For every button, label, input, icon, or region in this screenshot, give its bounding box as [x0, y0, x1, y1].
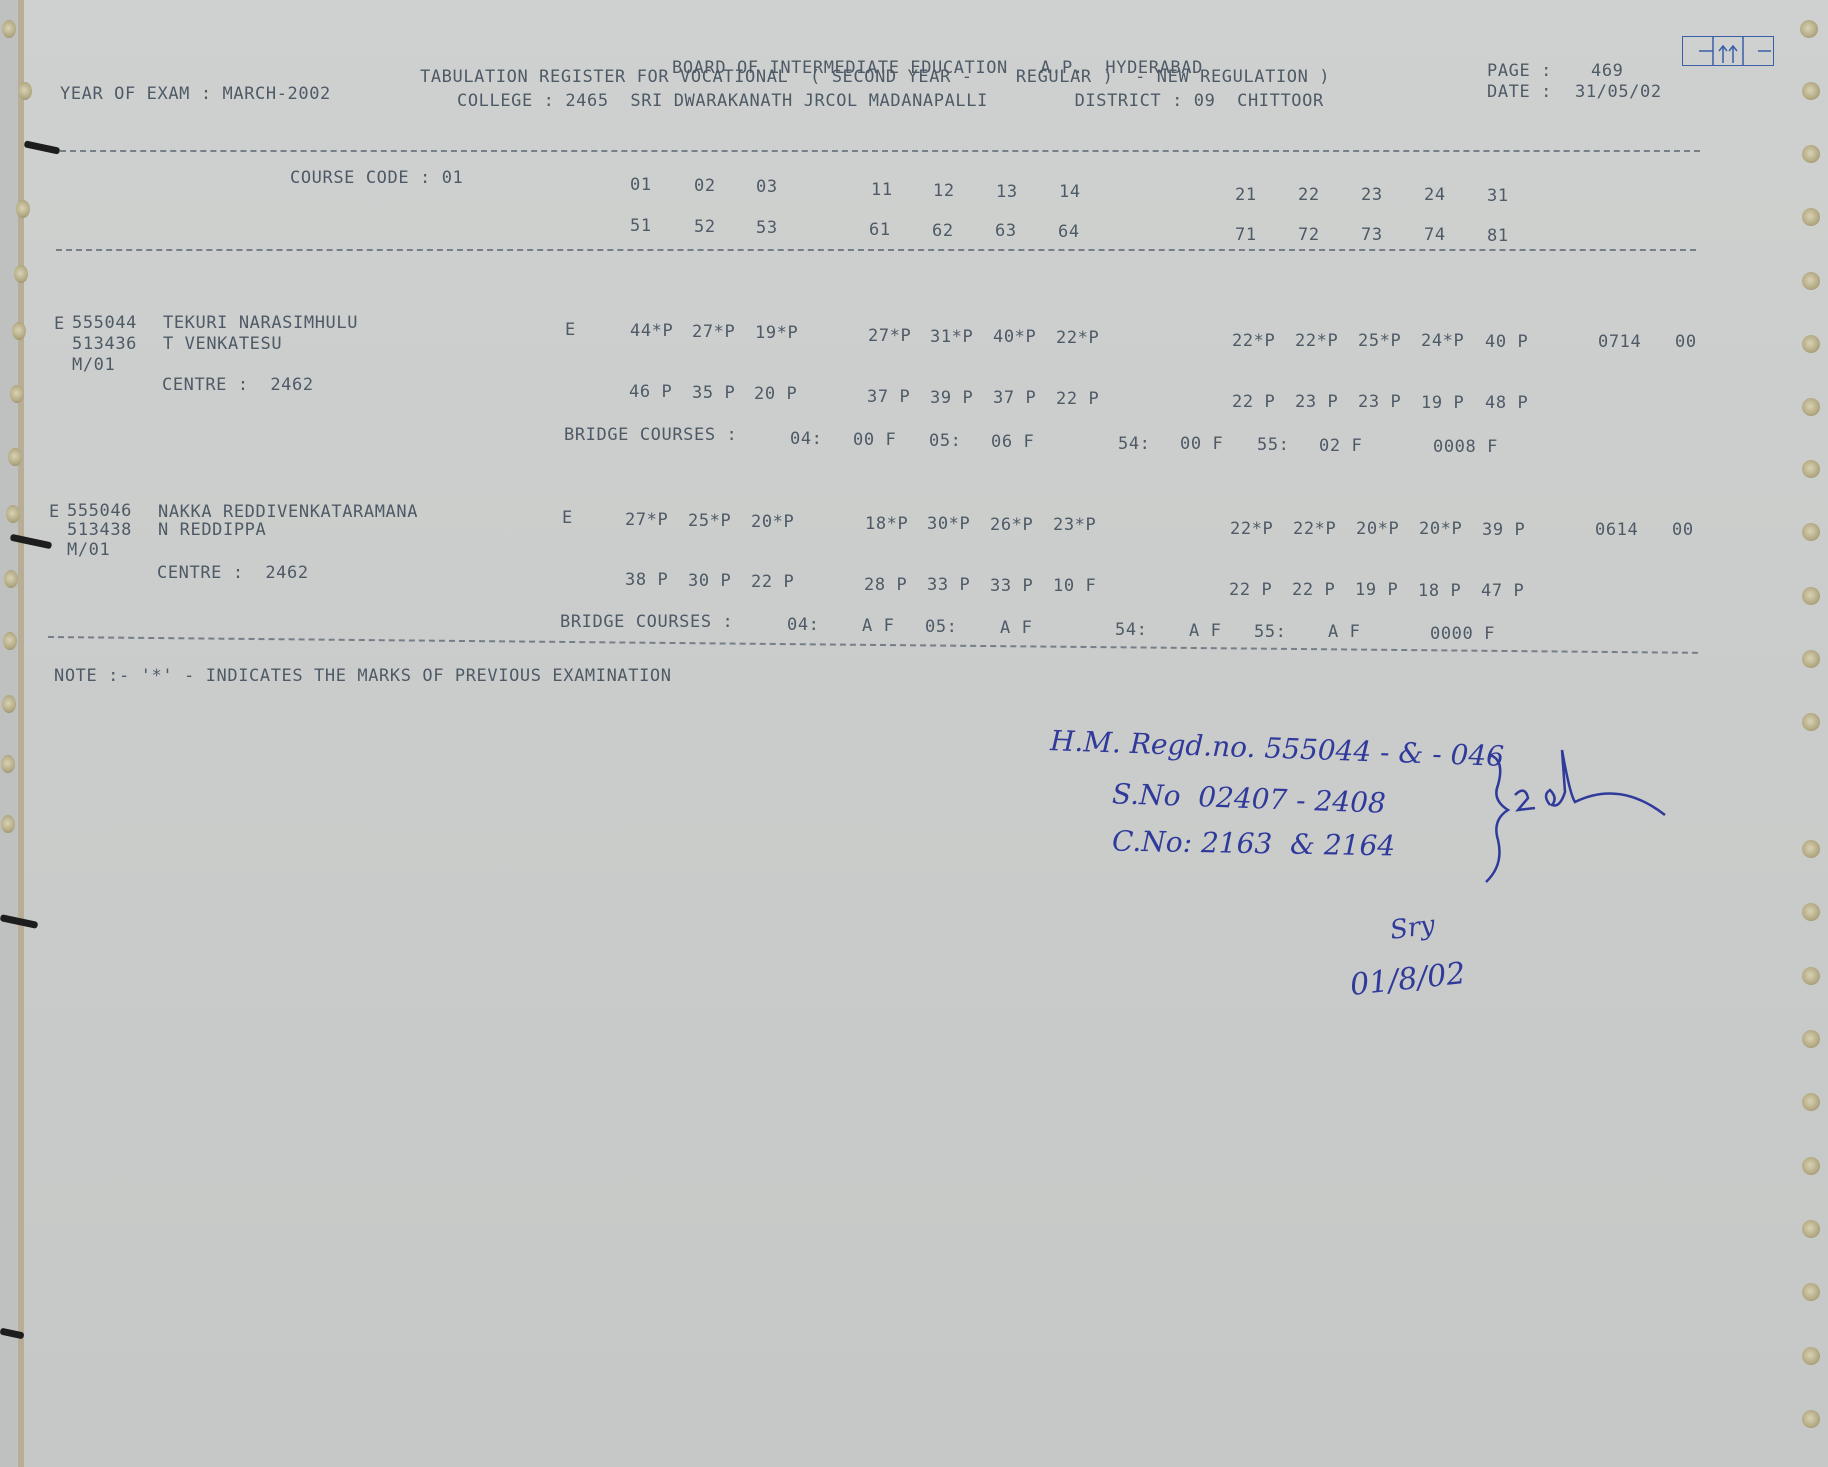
course-code: 63	[995, 223, 1017, 240]
mark: 22 P	[1056, 391, 1099, 408]
board-emblem-icon	[1682, 36, 1774, 66]
mark: 25*P	[688, 513, 731, 530]
feed-hole	[1802, 967, 1820, 985]
mark: 46 P	[629, 384, 672, 401]
mark: 23*P	[1053, 517, 1096, 534]
mark: 28 P	[864, 577, 907, 594]
mark: 47 P	[1481, 583, 1524, 600]
binder-hole	[12, 322, 26, 340]
mark: 20*P	[1419, 521, 1462, 538]
course-code: 51	[630, 218, 652, 235]
course-code: 01	[630, 177, 652, 194]
centre-code: CENTRE : 2462	[157, 565, 309, 582]
mark: 44*P	[630, 323, 673, 340]
father-name: N REDDIPPA	[158, 522, 266, 539]
feed-hole	[1802, 208, 1820, 226]
record-prefix: E	[49, 504, 60, 521]
feed-hole	[1802, 903, 1820, 921]
feed-hole	[1802, 82, 1820, 100]
mark: 27*P	[692, 324, 735, 341]
bridge-mark: A F	[1189, 623, 1222, 640]
course-code: 03	[756, 179, 778, 196]
bridge-label: BRIDGE COURSES :	[560, 614, 733, 631]
page-label: PAGE :	[1487, 63, 1552, 80]
mark: 20 P	[754, 386, 797, 403]
mark: 23 P	[1358, 394, 1401, 411]
course-code: 61	[869, 222, 891, 239]
mark: 27*P	[625, 512, 668, 529]
feed-hole	[1802, 1030, 1820, 1048]
bridge-mark: 00 F	[1180, 436, 1223, 453]
footnote: NOTE :- '*' - INDICATES THE MARKS OF PRE…	[54, 668, 672, 685]
bridge-mark: A F	[1000, 620, 1033, 637]
course-code: 14	[1059, 184, 1081, 201]
mark: 22*P	[1056, 330, 1099, 347]
binder-hole	[10, 385, 24, 403]
course-code: 21	[1235, 187, 1257, 204]
bridge-code: 54:	[1115, 622, 1148, 639]
feed-hole	[1802, 335, 1820, 353]
mark: 30*P	[927, 516, 970, 533]
course-code: 24	[1424, 187, 1446, 204]
course-code: 11	[871, 182, 893, 199]
mark: 22*P	[1295, 333, 1338, 350]
course-code: 53	[756, 220, 778, 237]
bridge-total: 0008 F	[1433, 439, 1498, 456]
mark: 18*P	[865, 516, 908, 533]
binder-hole	[1, 815, 15, 833]
bridge-code: 04:	[790, 431, 823, 448]
handwritten-c-numbers: C.No: 2163 & 2164	[1112, 828, 1396, 861]
feed-hole	[1802, 713, 1820, 731]
mark: 22*P	[1232, 333, 1275, 350]
registration-number: 513438	[67, 522, 132, 539]
feed-hole	[1802, 587, 1820, 605]
binder-hole	[4, 570, 18, 588]
paper-left-edge	[18, 0, 24, 1467]
course-code: 13	[996, 184, 1018, 201]
bridge-mark: 02 F	[1319, 438, 1362, 455]
course-code: 22	[1298, 187, 1320, 204]
course-code: 31	[1487, 188, 1509, 205]
mark: 22*P	[1293, 521, 1336, 538]
bridge-code: 05:	[925, 619, 958, 636]
feed-hole	[1802, 145, 1820, 163]
mark: 23 P	[1295, 394, 1338, 411]
binder-strip	[0, 0, 18, 1467]
mark: 19 P	[1421, 395, 1464, 412]
father-name: T VENKATESU	[163, 336, 282, 353]
binder-hole	[3, 632, 17, 650]
mark: 40*P	[993, 329, 1036, 346]
feed-hole	[1802, 650, 1820, 668]
mark: 38 P	[625, 572, 668, 589]
result-code: 00	[1675, 334, 1697, 351]
bridge-code: 55:	[1257, 437, 1290, 454]
mark: 25*P	[1358, 333, 1401, 350]
gender-code: M/01	[67, 542, 110, 559]
bridge-mark: 06 F	[991, 434, 1034, 451]
mark: 33 P	[990, 578, 1033, 595]
mark: 40 P	[1485, 334, 1528, 351]
bridge-code: 54:	[1118, 436, 1151, 453]
feed-hole	[1802, 272, 1820, 290]
feed-hole	[1800, 20, 1818, 38]
bridge-mark: A F	[1328, 624, 1361, 641]
page-number: 469	[1591, 63, 1624, 80]
mark: 31*P	[930, 329, 973, 346]
register-title: TABULATION REGISTER FOR VOCATIONAL ( SEC…	[420, 69, 1330, 86]
bridge-mark: 00 F	[853, 432, 896, 449]
medium: E	[565, 322, 576, 339]
mark: 19 P	[1355, 582, 1398, 599]
course-code: 52	[694, 219, 716, 236]
result-code: 00	[1672, 522, 1694, 539]
binder-hole	[14, 265, 28, 283]
year-of-exam: YEAR OF EXAM : MARCH-2002	[60, 86, 331, 103]
course-code: 72	[1298, 227, 1320, 244]
date-label: DATE :	[1487, 84, 1552, 101]
feed-hole	[1802, 840, 1820, 858]
mark: 35 P	[692, 385, 735, 402]
binder-hole	[1, 755, 15, 773]
bridge-code: 04:	[787, 617, 820, 634]
student-name: TEKURI NARASIMHULU	[163, 315, 358, 332]
student-name: NAKKA REDDIVENKATARAMANA	[158, 504, 418, 521]
mark: 20*P	[1356, 521, 1399, 538]
mark: 27*P	[868, 328, 911, 345]
mark: 22*P	[1230, 521, 1273, 538]
feed-hole	[1802, 1157, 1820, 1175]
mark: 37 P	[867, 389, 910, 406]
bridge-code: 55:	[1254, 624, 1287, 641]
course-code: 74	[1424, 227, 1446, 244]
feed-hole	[1802, 523, 1820, 541]
mark: 20*P	[751, 514, 794, 531]
mark: 30 P	[688, 573, 731, 590]
medium: E	[562, 510, 573, 527]
feed-hole	[1802, 398, 1820, 416]
mark: 48 P	[1485, 395, 1528, 412]
separator-line	[60, 150, 1700, 152]
mark: 22 P	[1232, 394, 1275, 411]
feed-hole	[1802, 460, 1820, 478]
bridge-code: 05:	[929, 433, 962, 450]
feed-hole	[1802, 1347, 1820, 1365]
bridge-label: BRIDGE COURSES :	[564, 427, 737, 444]
college-district-line: COLLEGE : 2465 SRI DWARAKANATH JRCOL MAD…	[457, 93, 1324, 110]
course-code: 02	[694, 178, 716, 195]
mark: 33 P	[927, 577, 970, 594]
binder-hole	[18, 82, 32, 100]
binder-hole	[6, 505, 20, 523]
course-code: 12	[933, 183, 955, 200]
course-code: 23	[1361, 187, 1383, 204]
mark: 39 P	[1482, 522, 1525, 539]
grand-total: 0714	[1598, 334, 1641, 351]
grand-total: 0614	[1595, 522, 1638, 539]
mark: 37 P	[993, 390, 1036, 407]
registration-number: 513436	[72, 336, 137, 353]
print-date: 31/05/02	[1575, 84, 1662, 101]
mark: 39 P	[930, 390, 973, 407]
course-code: 73	[1361, 227, 1383, 244]
binder-hole	[2, 695, 16, 713]
record-prefix: E	[54, 316, 65, 333]
binder-hole	[16, 200, 30, 218]
course-code: 64	[1058, 224, 1080, 241]
feed-hole	[1802, 1093, 1820, 1111]
feed-hole	[1802, 1283, 1820, 1301]
course-code-label: COURSE CODE : 01	[290, 170, 463, 187]
mark: 26*P	[990, 517, 1033, 534]
course-code: 81	[1487, 228, 1509, 245]
course-code: 71	[1235, 227, 1257, 244]
mark: 10 F	[1053, 578, 1096, 595]
bridge-total: 0000 F	[1430, 626, 1495, 643]
course-code: 62	[932, 223, 954, 240]
mark: 19*P	[755, 325, 798, 342]
brace-and-tick-mark	[1480, 740, 1680, 890]
binder-hole	[2, 20, 16, 38]
mark: 22 P	[751, 574, 794, 591]
bridge-mark: A F	[862, 618, 895, 635]
binder-hole	[8, 448, 22, 466]
handwritten-initials: Sry	[1388, 912, 1436, 944]
mark: 22 P	[1292, 582, 1335, 599]
hall-ticket-number: 555044	[72, 315, 137, 332]
feed-hole	[1802, 1220, 1820, 1238]
mark: 24*P	[1421, 333, 1464, 350]
mark: 22 P	[1229, 582, 1272, 599]
hall-ticket-number: 555046	[67, 503, 132, 520]
gender-code: M/01	[72, 357, 115, 374]
centre-code: CENTRE : 2462	[162, 377, 314, 394]
paper-sheet	[20, 0, 1828, 1467]
feed-hole	[1802, 1410, 1820, 1428]
separator-line	[56, 249, 1696, 251]
mark: 18 P	[1418, 583, 1461, 600]
